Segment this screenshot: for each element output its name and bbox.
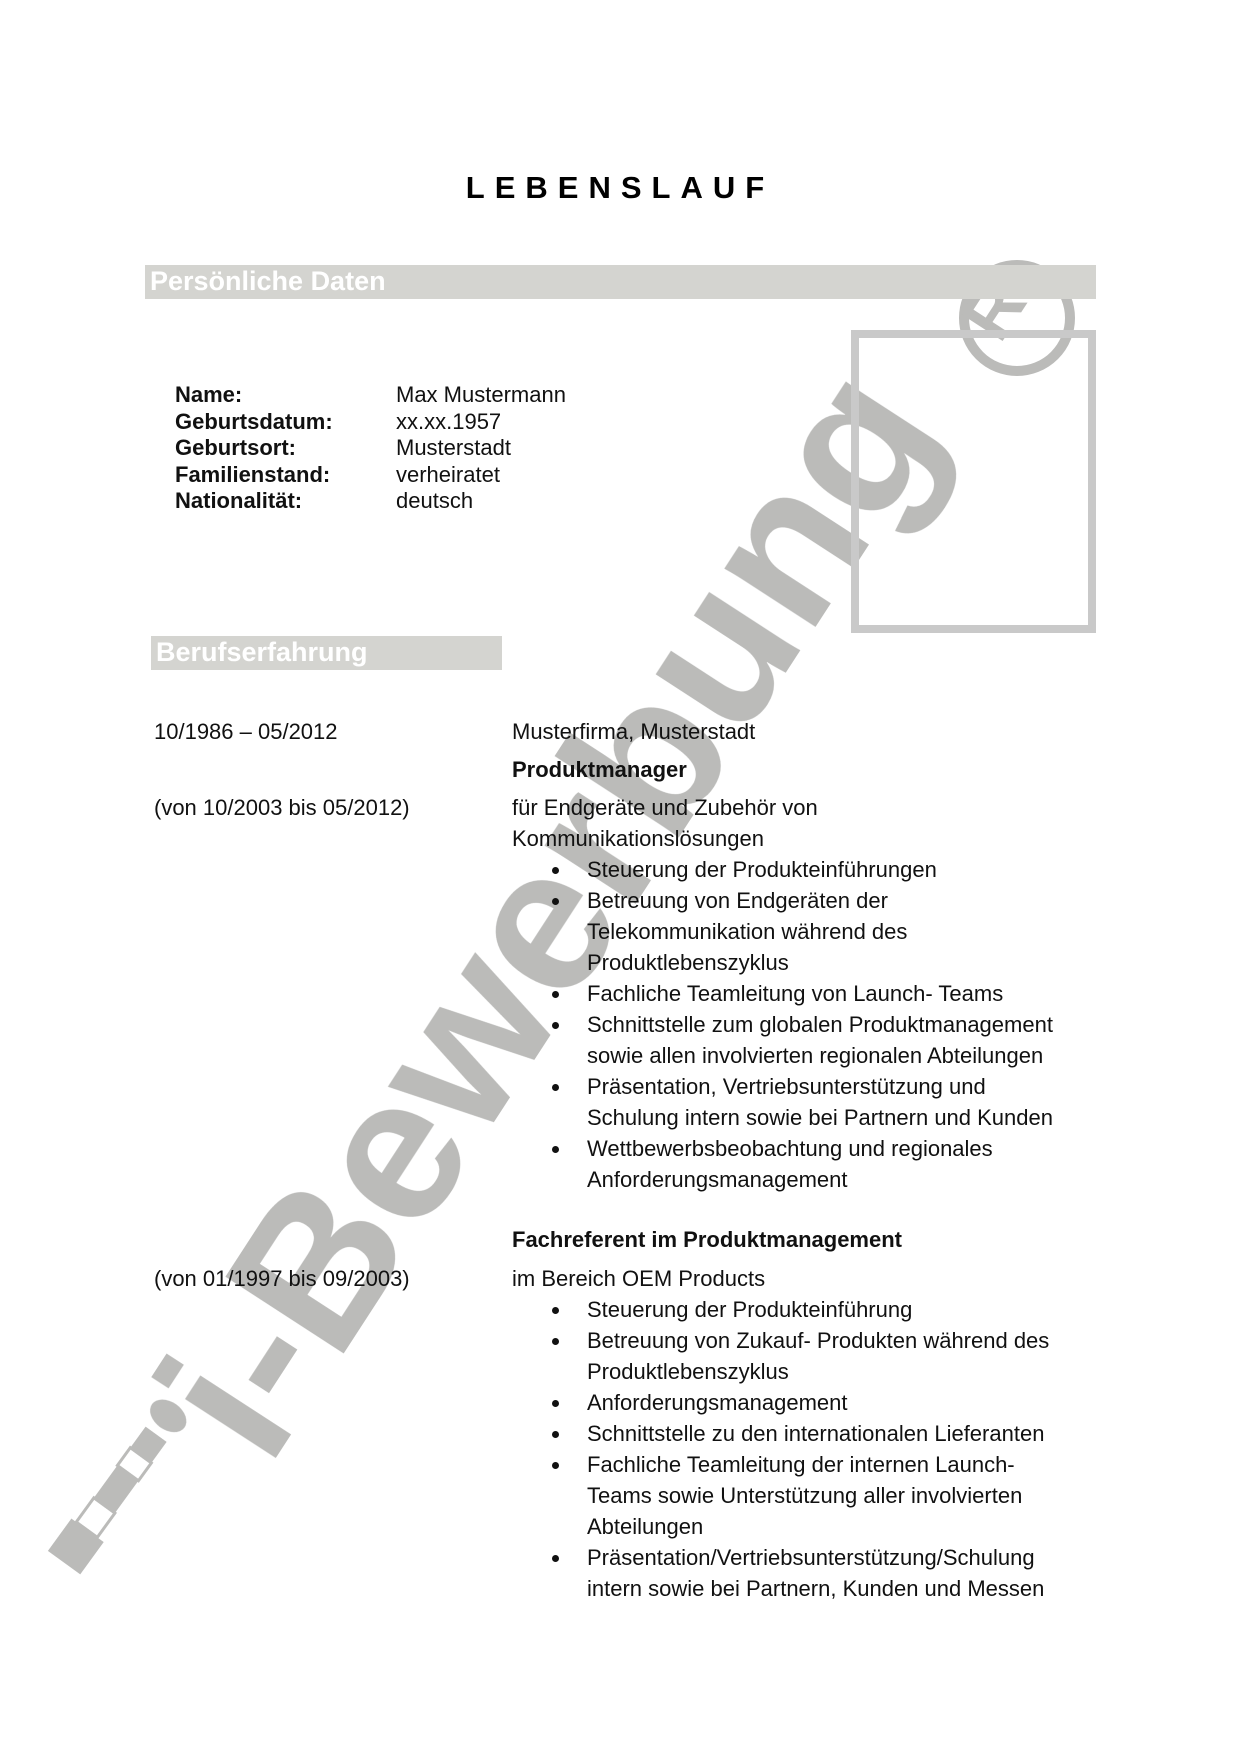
- bullet-icon: [552, 867, 559, 874]
- section-header-experience: Berufserfahrung: [151, 636, 502, 670]
- list-item-text: Betreuung von Endgeräten der: [587, 885, 1053, 916]
- list-item-text: Betreuung von Zukauf- Produkten während …: [587, 1325, 1049, 1356]
- bullet-icon: [552, 1400, 559, 1407]
- position-title: Fachreferent im Produktmanagement: [512, 1224, 902, 1255]
- list-item-text: Steuerung der Produkteinführungen: [587, 854, 1053, 885]
- list-item-text: Fachliche Teamleitung von Launch- Teams: [587, 978, 1053, 1009]
- description-line: für Endgeräte und Zubehör von: [512, 792, 818, 823]
- bullet-icon: [552, 898, 559, 905]
- description-line: im Bereich OEM Products: [512, 1263, 765, 1294]
- field-value: deutsch: [396, 488, 473, 515]
- bullet-icon: [552, 1431, 559, 1438]
- list-item: Fachliche Teamleitung der internen Launc…: [512, 1449, 1049, 1542]
- personal-row: Nationalität: deutsch: [175, 488, 566, 515]
- list-item: Präsentation/Vertriebsunterstützung/Schu…: [512, 1542, 1049, 1604]
- list-item-text: Telekommunikation während des: [587, 916, 1053, 947]
- section-title: Berufserfahrung: [156, 637, 368, 668]
- list-item-text: Fachliche Teamleitung der internen Launc…: [587, 1449, 1049, 1480]
- description-line: Kommunikationslösungen: [512, 823, 818, 854]
- list-item: Fachliche Teamleitung von Launch- Teams: [512, 978, 1053, 1009]
- list-item: Schnittstelle zu den internationalen Lie…: [512, 1418, 1049, 1449]
- field-value: verheiratet: [396, 462, 500, 489]
- field-value: Max Mustermann: [396, 382, 566, 409]
- field-label: Name:: [175, 382, 396, 409]
- personal-data-table: Name: Max Mustermann Geburtsdatum: xx.xx…: [175, 382, 566, 515]
- list-item-text: Produktlebenszyklus: [587, 1356, 1049, 1387]
- bullet-icon: [552, 991, 559, 998]
- list-item-text: Schnittstelle zu den internationalen Lie…: [587, 1418, 1049, 1449]
- list-item-text: Anforderungsmanagement: [587, 1387, 1049, 1418]
- list-item-text: Wettbewerbsbeobachtung und regionales: [587, 1133, 1053, 1164]
- list-item-text: Schnittstelle zum globalen Produktmanage…: [587, 1009, 1053, 1040]
- employer-name: Musterfirma, Musterstadt: [512, 716, 755, 747]
- list-item-text: Präsentation, Vertriebsunterstützung und: [587, 1071, 1053, 1102]
- field-label: Nationalität:: [175, 488, 396, 515]
- personal-row: Geburtsort: Musterstadt: [175, 435, 566, 462]
- list-item-text: Abteilungen: [587, 1511, 1049, 1542]
- list-item-text: Steuerung der Produkteinführung: [587, 1294, 1049, 1325]
- list-item: Schnittstelle zum globalen Produktmanage…: [512, 1009, 1053, 1071]
- bullet-icon: [552, 1084, 559, 1091]
- field-label: Familienstand:: [175, 462, 396, 489]
- section-title: Persönliche Daten: [150, 266, 386, 297]
- employer-period: 10/1986 – 05/2012: [154, 716, 338, 747]
- cv-page: i-Bewerbung R LEBENSLAUF Persönliche Dat…: [0, 0, 1240, 1754]
- page-title: LEBENSLAUF: [0, 170, 1240, 206]
- field-value: Musterstadt: [396, 435, 511, 462]
- field-label: Geburtsdatum:: [175, 409, 396, 436]
- list-item-text: Teams sowie Unterstützung aller involvie…: [587, 1480, 1049, 1511]
- list-item-text: intern sowie bei Partnern, Kunden und Me…: [587, 1573, 1049, 1604]
- section-header-personal: Persönliche Daten: [145, 265, 1096, 299]
- list-item: Steuerung der Produkteinführung: [512, 1294, 1049, 1325]
- position-title: Produktmanager: [512, 754, 687, 785]
- list-item-text: sowie allen involvierten regionalen Abte…: [587, 1040, 1053, 1071]
- field-label: Geburtsort:: [175, 435, 396, 462]
- bullet-icon: [552, 1146, 559, 1153]
- list-item-text: Schulung intern sowie bei Partnern und K…: [587, 1102, 1053, 1133]
- position-description: im Bereich OEM Products: [512, 1263, 765, 1294]
- responsibility-list: Steuerung der ProdukteinführungBetreuung…: [512, 1294, 1049, 1604]
- list-item: Wettbewerbsbeobachtung und regionalesAnf…: [512, 1133, 1053, 1195]
- personal-row: Name: Max Mustermann: [175, 382, 566, 409]
- position-period: (von 01/1997 bis 09/2003): [154, 1263, 410, 1294]
- list-item: Präsentation, Vertriebsunterstützung und…: [512, 1071, 1053, 1133]
- bullet-icon: [552, 1307, 559, 1314]
- list-item-text: Produktlebenszyklus: [587, 947, 1053, 978]
- list-item-text: Anforderungsmanagement: [587, 1164, 1053, 1195]
- list-item: Steuerung der Produkteinführungen: [512, 854, 1053, 885]
- list-item: Anforderungsmanagement: [512, 1387, 1049, 1418]
- list-item-text: Präsentation/Vertriebsunterstützung/Schu…: [587, 1542, 1049, 1573]
- personal-row: Familienstand: verheiratet: [175, 462, 566, 489]
- bullet-icon: [552, 1022, 559, 1029]
- bullet-icon: [552, 1338, 559, 1345]
- position-description: für Endgeräte und Zubehör vonKommunikati…: [512, 792, 818, 854]
- position-period: (von 10/2003 bis 05/2012): [154, 792, 410, 823]
- bullet-icon: [552, 1555, 559, 1562]
- personal-row: Geburtsdatum: xx.xx.1957: [175, 409, 566, 436]
- bullet-icon: [552, 1462, 559, 1469]
- list-item: Betreuung von Endgeräten derTelekommunik…: [512, 885, 1053, 978]
- list-item: Betreuung von Zukauf- Produkten während …: [512, 1325, 1049, 1387]
- field-value: xx.xx.1957: [396, 409, 501, 436]
- responsibility-list: Steuerung der ProdukteinführungenBetreuu…: [512, 854, 1053, 1195]
